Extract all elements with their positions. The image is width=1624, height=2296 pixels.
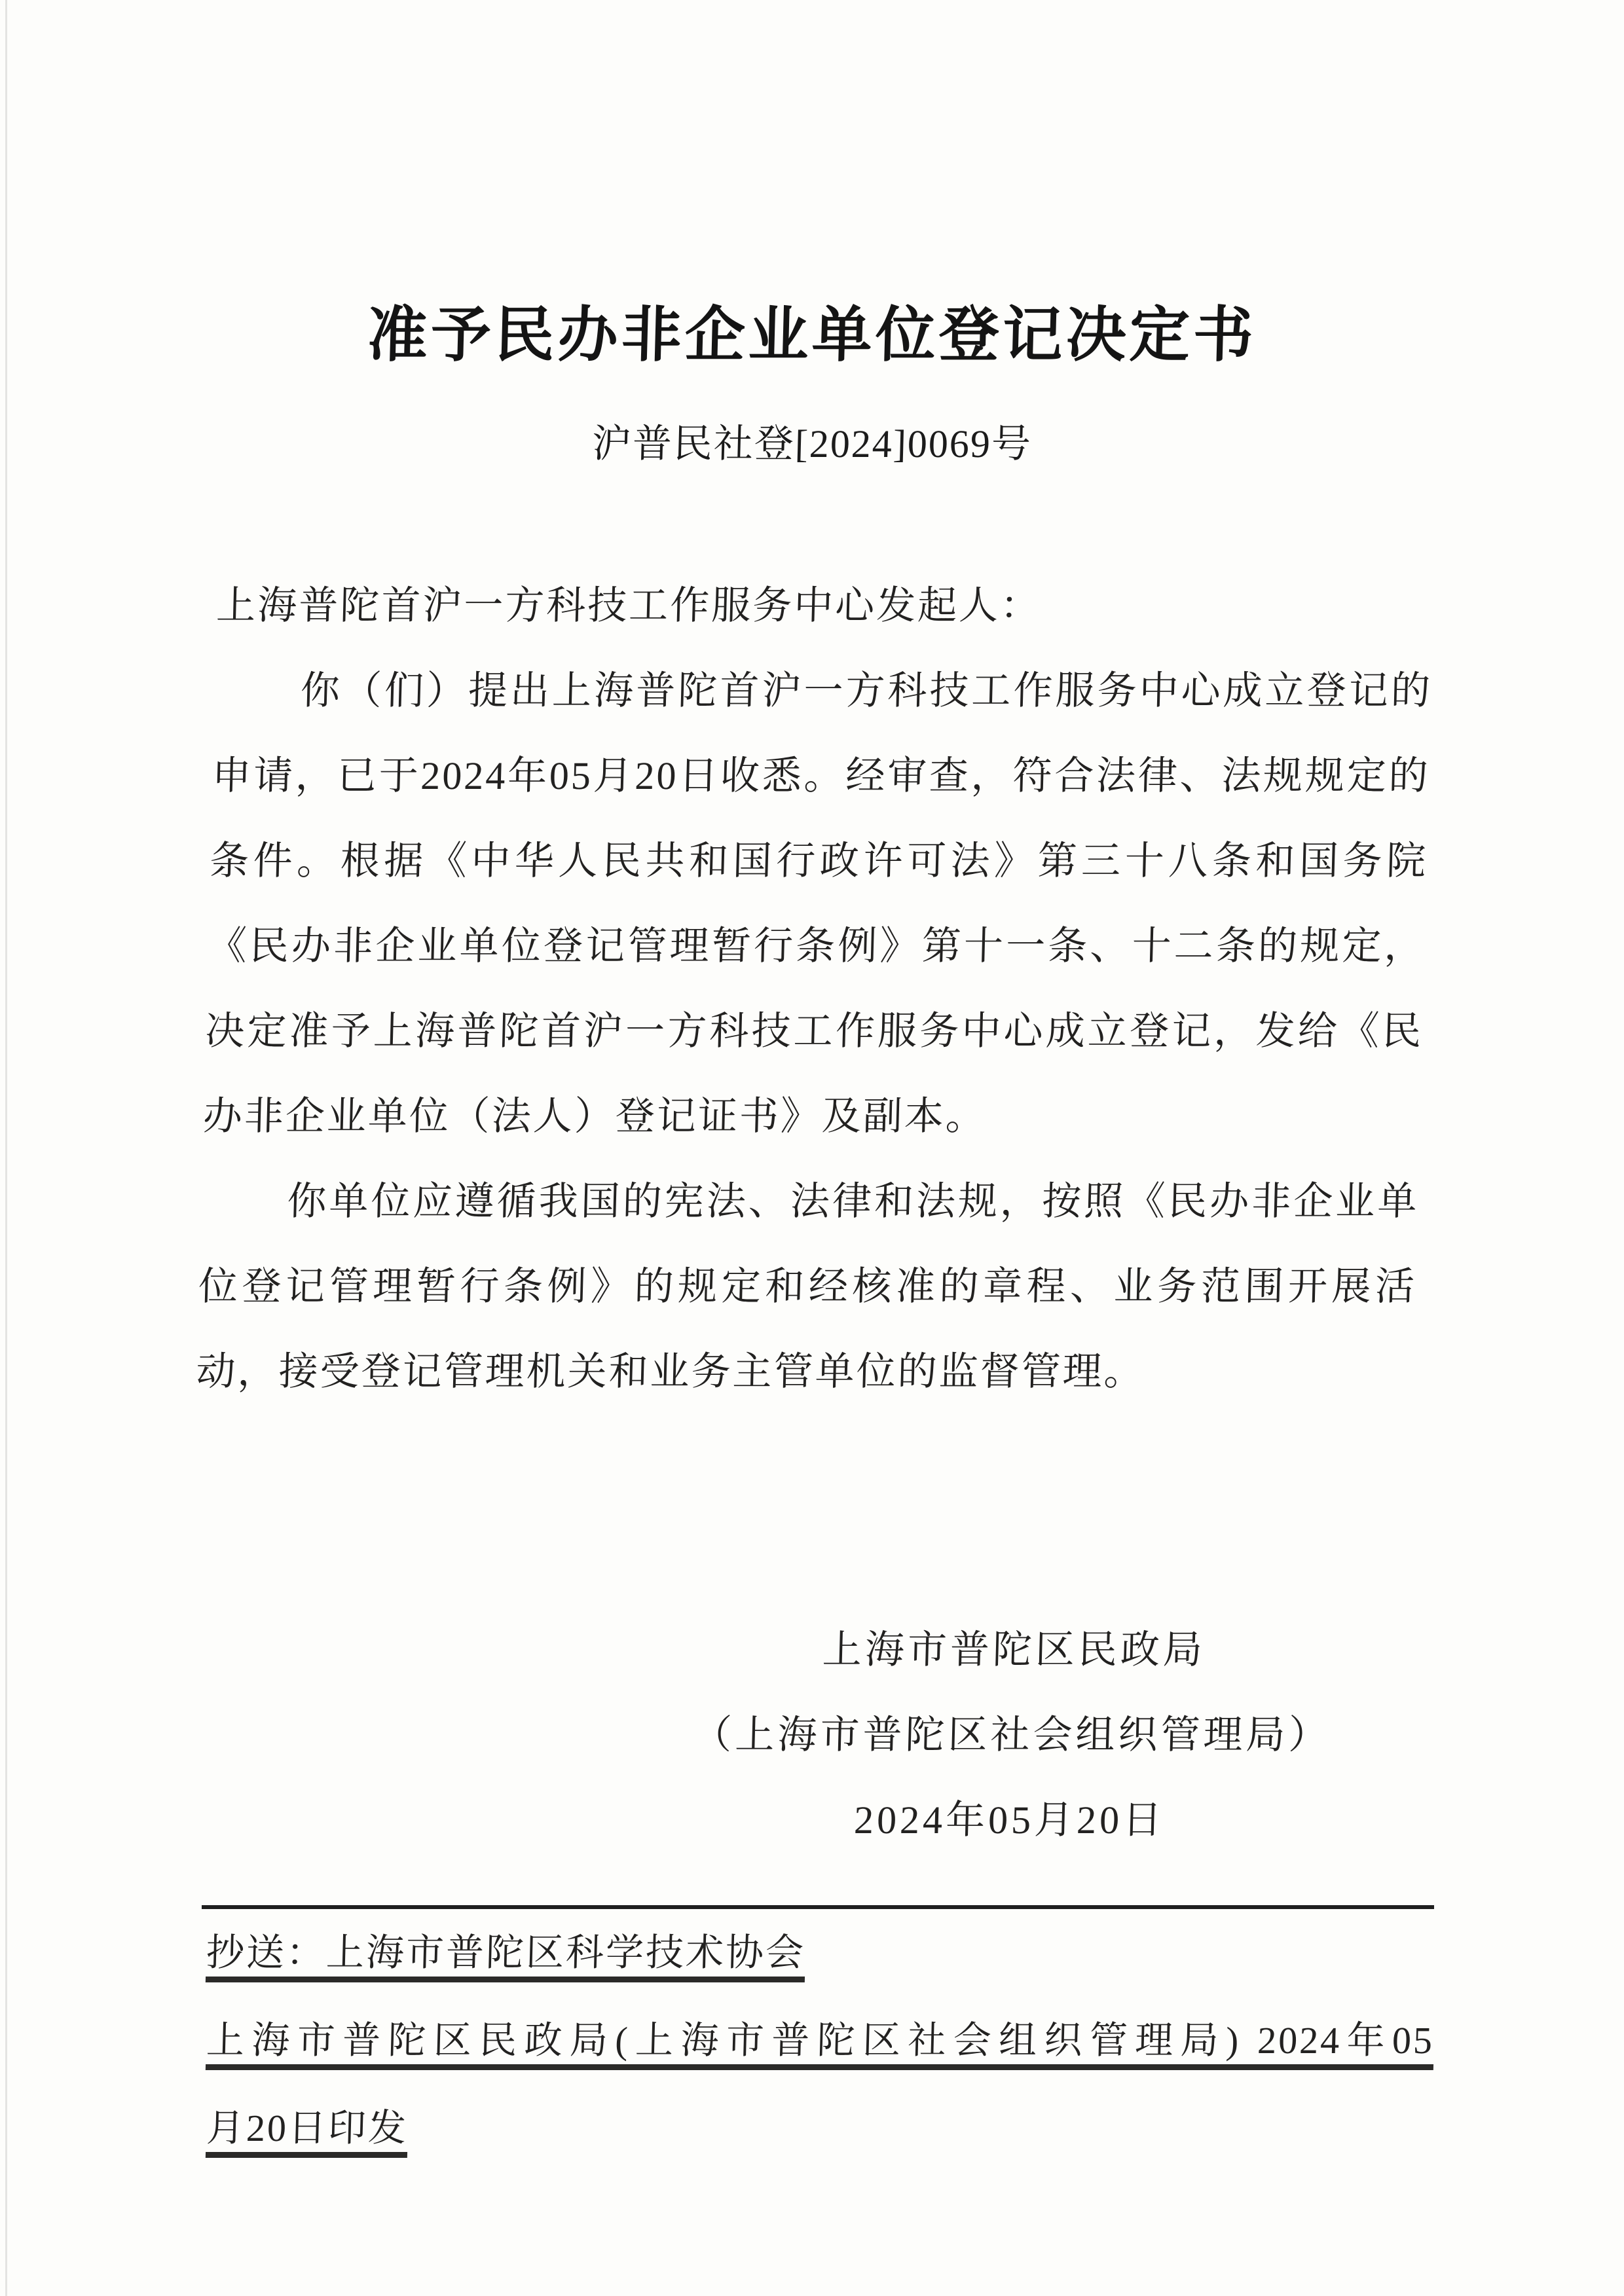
cc-line: 抄送：上海市普陀区科学技术协会 <box>205 1909 1435 1997</box>
signature-agency-paren: （上海市普陀区社会组织管理局） <box>692 1692 1332 1777</box>
document-number: 沪普民社登[2024]0069号 <box>0 412 1624 469</box>
document-body: 上海普陀首沪一方科技工作服务中心发起人： 你（们）提出上海普陀首沪一方科技工作服… <box>195 563 1435 1414</box>
signature-agency: 上海市普陀区民政局 <box>693 1607 1334 1692</box>
issuer-line-2-text: 月20日印发 <box>206 2107 409 2149</box>
document-page: 准予民办非企业单位登记决定书 沪普民社登[2024]0069号 上海普陀首沪一方… <box>0 0 1624 2296</box>
document-title: 准予民办非企业单位登记决定书 <box>0 287 1624 373</box>
signature-date: 2024年05月20日 <box>689 1777 1329 1863</box>
issuer-line-1: 上海市普陀区民政局(上海市普陀区社会组织管理局) 2024年05 <box>205 1997 1435 2085</box>
salutation-line: 上海普陀首沪一方科技工作服务中心发起人： <box>215 563 1435 648</box>
signature-block: 上海市普陀区民政局 （上海市普陀区社会组织管理局） 2024年05月20日 <box>689 1607 1334 1863</box>
issuer-line-2: 月20日印发 <box>205 2085 1435 2172</box>
body-paragraph: 你（们）提出上海普陀首沪一方科技工作服务中心成立登记的申请，已于2024年05月… <box>202 648 1433 1159</box>
issuer-line-1-text: 上海市普陀区民政局(上海市普陀区社会组织管理局) 2024年05 <box>206 2019 1435 2062</box>
footer-block: 抄送：上海市普陀区科学技术协会 上海市普陀区民政局(上海市普陀区社会组织管理局)… <box>206 1909 1434 2172</box>
cc-line-text: 抄送：上海市普陀区科学技术协会 <box>206 1931 806 1974</box>
body-paragraph: 你单位应遵循我国的宪法、法律和法规，按照《民办非企业单位登记管理暂行条例》的规定… <box>195 1159 1420 1414</box>
